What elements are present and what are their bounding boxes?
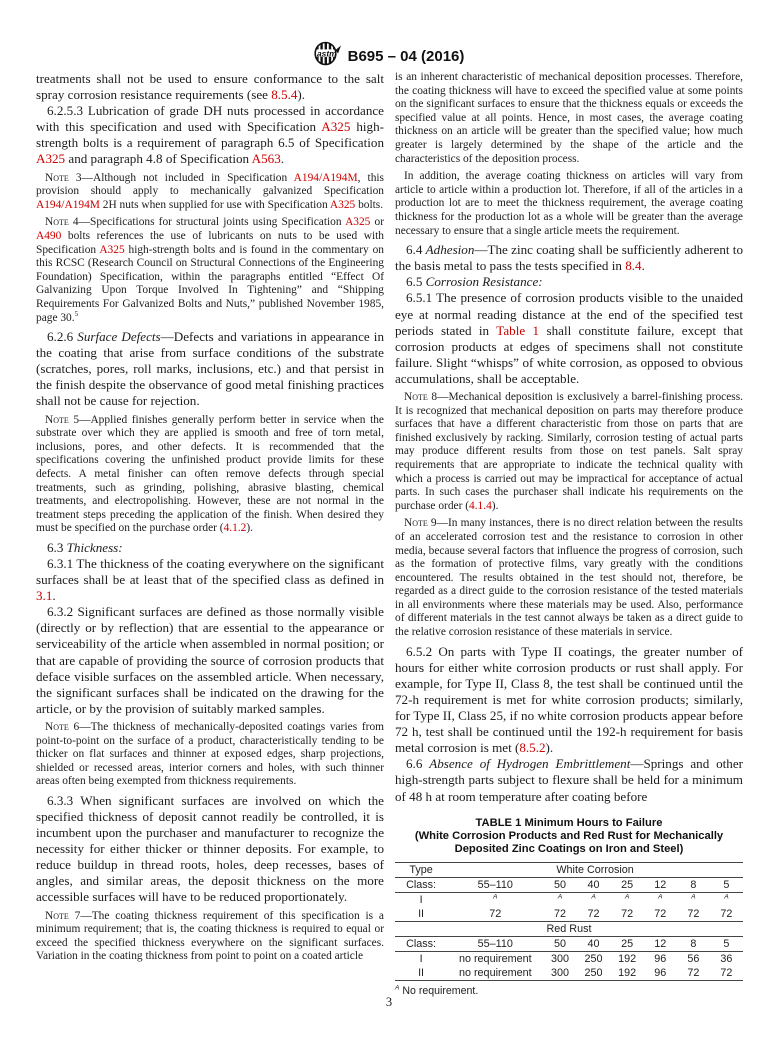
- text-run: Note: [45, 910, 69, 922]
- text-run: 6.3.1 The thickness of the coating every…: [36, 556, 384, 587]
- table-cell: 250: [577, 951, 611, 966]
- para-continuation: treatments shall not be used to ensure c…: [36, 71, 384, 103]
- reference-link[interactable]: A194/A194M: [294, 172, 358, 184]
- text-run: bolts.: [355, 199, 383, 211]
- document-code: B695 – 04 (2016): [348, 48, 465, 65]
- table-cell: 72: [677, 966, 710, 981]
- table-cell: 72: [710, 966, 743, 981]
- table-cell: 72: [543, 907, 576, 922]
- text-run: Note: [404, 517, 428, 529]
- text-run: Thickness:: [67, 540, 123, 555]
- text-run: Note: [404, 391, 428, 403]
- reference-link[interactable]: 8.5.2: [519, 740, 545, 755]
- table-cell: 72: [710, 907, 743, 922]
- reference-link[interactable]: A325: [36, 151, 65, 166]
- table-cell: I: [395, 892, 447, 907]
- note-8: Note 8—Mechanical deposition is exclusiv…: [395, 391, 743, 513]
- text-run: .: [52, 588, 55, 603]
- footnote-marker: A: [658, 893, 662, 900]
- table-cell: 8: [677, 936, 710, 951]
- table-cell: I: [395, 951, 447, 966]
- table-cell: II: [395, 966, 447, 981]
- text-run: Absence of Hydrogen Embrittlement: [429, 756, 630, 771]
- text-run: ).: [246, 522, 253, 534]
- table-cell: no requirement: [447, 951, 543, 966]
- note-4: Note 4—Specifications for structural joi…: [36, 216, 384, 325]
- reference-link[interactable]: A490: [36, 230, 61, 242]
- text-run: Note: [45, 172, 69, 184]
- text-run: 5: [75, 310, 79, 318]
- para-6-3-2: 6.3.2 Significant surfaces are defined a…: [36, 604, 384, 717]
- text-run: treatments shall not be used to ensure c…: [36, 71, 384, 102]
- table-cell: 12: [644, 877, 677, 892]
- table-cell: A: [611, 892, 644, 907]
- reference-link[interactable]: Table 1: [496, 323, 539, 338]
- para-6-2-6: 6.2.6 Surface Defects—Defects and variat…: [36, 329, 384, 409]
- document-header: astm B695 – 04 (2016): [0, 41, 778, 71]
- table-cell: 192: [611, 966, 644, 981]
- table-1-caption-line-2: (White Corrosion Products and Red Rust f…: [415, 830, 723, 842]
- table-cell: A: [677, 892, 710, 907]
- text-run: or: [370, 216, 384, 228]
- text-run: In addition, the average coating thickne…: [395, 170, 743, 236]
- footnote-marker: A: [558, 893, 562, 900]
- text-run: 4—Specifications for structural joints u…: [69, 216, 345, 228]
- text-run: Note: [45, 414, 69, 426]
- reference-link[interactable]: A325: [321, 119, 350, 134]
- table-cell: 25: [611, 936, 644, 951]
- para-6-5-2: 6.5.2 On parts with Type II coatings, th…: [395, 644, 743, 757]
- table-cell: 8: [677, 877, 710, 892]
- text-run: Corrosion Resistance:: [426, 274, 543, 289]
- para-6-5-1: 6.5.1 The presence of corrosion products…: [395, 290, 743, 387]
- table-1-caption-line-1: TABLE 1 Minimum Hours to Failure: [476, 817, 663, 829]
- text-run: Adhesion: [426, 242, 475, 257]
- table-cell: Class:: [395, 936, 447, 951]
- footnote-marker: A: [591, 893, 595, 900]
- reference-link[interactable]: A563: [252, 151, 281, 166]
- footnote-marker: A: [493, 893, 497, 900]
- text-run: Note: [45, 216, 69, 228]
- text-run: ).: [492, 500, 499, 512]
- table-cell: 96: [644, 951, 677, 966]
- para-6-3-3: 6.3.3 When significant surfaces are invo…: [36, 793, 384, 906]
- footnote-marker: A: [625, 893, 629, 900]
- table-cell: 12: [644, 936, 677, 951]
- text-run: Note: [45, 721, 69, 733]
- text-run: .: [281, 151, 284, 166]
- table-cell: 40: [577, 877, 611, 892]
- table-cell: A: [644, 892, 677, 907]
- table-cell: 36: [710, 951, 743, 966]
- page-footer: 3: [0, 995, 778, 1010]
- footnote-marker: A: [691, 893, 695, 900]
- table-cell: 55–110: [447, 877, 543, 892]
- para-6-3-1: 6.3.1 The thickness of the coating every…: [36, 556, 384, 604]
- text-run: 5—Applied finishes generally perform bet…: [36, 414, 384, 535]
- reference-link[interactable]: 3.1: [36, 588, 52, 603]
- table-cell: 5: [710, 877, 743, 892]
- text-run: is an inherent characteristic of mechani…: [395, 71, 743, 165]
- table-row: Red Rust: [395, 921, 743, 936]
- text-run: 6.5: [406, 274, 426, 289]
- table-cell: 192: [611, 951, 644, 966]
- table-cell: 72: [577, 907, 611, 922]
- table-row: I A A A A A A A: [395, 892, 743, 907]
- table-1-minimum-hours-to-failure: TABLE 1 Minimum Hours to Failure(White C…: [395, 817, 743, 997]
- table-cell: White Corrosion: [447, 862, 743, 877]
- reference-link[interactable]: A325: [345, 216, 370, 228]
- footnote-marker: A: [724, 893, 728, 900]
- para-6-4: 6.4 Adhesion—The zinc coating shall be s…: [395, 242, 743, 274]
- para-6-3: 6.3 Thickness:: [36, 540, 384, 556]
- text-run: 6.4: [406, 242, 426, 257]
- table-cell: 300: [543, 951, 576, 966]
- reference-link[interactable]: A325: [99, 244, 124, 256]
- table-cell: 50: [543, 936, 576, 951]
- document-page: astm B695 – 04 (2016) treatments shall n…: [0, 0, 778, 1041]
- note-6: Note 6—The thickness of mechanically-dep…: [36, 721, 384, 789]
- text-run: 6.3: [47, 540, 67, 555]
- table-cell: Red Rust: [395, 921, 743, 936]
- text-run: 9—In many instances, there is no direct …: [395, 517, 743, 638]
- table-row: Type White Corrosion: [395, 862, 743, 877]
- text-run: 6.6: [406, 756, 429, 771]
- text-run: 6.3.3 When significant surfaces are invo…: [36, 793, 384, 905]
- table-cell: 72: [677, 907, 710, 922]
- table-cell: II: [395, 907, 447, 922]
- table-cell: 300: [543, 966, 576, 981]
- text-run: 8—Mechanical deposition is exclusively a…: [395, 391, 743, 512]
- table-row: Class: 55–110 50 40 25 12 8 5: [395, 877, 743, 892]
- text-run: .: [642, 258, 645, 273]
- reference-link[interactable]: A194/A194M: [36, 199, 100, 211]
- text-run: 6.2.6: [47, 329, 77, 344]
- table-cell: 40: [577, 936, 611, 951]
- table-cell: Type: [395, 862, 447, 877]
- table-cell: Class:: [395, 877, 447, 892]
- table-cell: 55–110: [447, 936, 543, 951]
- left-column: treatments shall not be used to ensure c…: [36, 71, 384, 1007]
- table-cell: 72: [611, 907, 644, 922]
- text-run: 6.3.2 Significant surfaces are defined a…: [36, 604, 384, 716]
- astm-logo-icon: astm: [314, 41, 341, 71]
- table-cell: 56: [677, 951, 710, 966]
- para-6-2-5-3: 6.2.5.3 Lubrication of grade DH nuts pro…: [36, 103, 384, 167]
- table-cell: A: [577, 892, 611, 907]
- text-run: Surface Defects: [77, 329, 160, 344]
- table-row: II no requirement 300 250 192 96 72 72: [395, 966, 743, 981]
- table-cell: 25: [611, 877, 644, 892]
- svg-text:astm: astm: [317, 48, 337, 58]
- table-cell: A: [447, 892, 543, 907]
- text-run: 7—The coating thickness requirement of t…: [36, 910, 384, 963]
- note-5: Note 5—Applied finishes generally perfor…: [36, 414, 384, 536]
- para-6-6: 6.6 Absence of Hydrogen Embrittlement—Sp…: [395, 756, 743, 804]
- reference-link[interactable]: 4.1.2: [224, 522, 247, 534]
- table-row: Class: 55–110 50 40 25 12 8 5: [395, 936, 743, 951]
- para-6-5: 6.5 Corrosion Resistance:: [395, 274, 743, 290]
- table-cell: 5: [710, 936, 743, 951]
- note-7-continuation-2: In addition, the average coating thickne…: [395, 170, 743, 238]
- text-run: 3—Although not included in Specification: [69, 172, 294, 184]
- text-run: 6.5.2 On parts with Type II coatings, th…: [395, 644, 743, 756]
- reference-link[interactable]: 4.1.4: [469, 500, 492, 512]
- table-cell: 72: [644, 907, 677, 922]
- table-cell: 72: [447, 907, 543, 922]
- reference-link[interactable]: A325: [330, 199, 355, 211]
- note-3: Note 3—Although not included in Specific…: [36, 172, 384, 213]
- table-row: I no requirement 300 250 192 96 56 36: [395, 951, 743, 966]
- text-run: ).: [297, 87, 305, 102]
- table-cell: A: [710, 892, 743, 907]
- reference-link[interactable]: 8.5.4: [271, 87, 297, 102]
- note-7: Note 7—The coating thickness requirement…: [36, 910, 384, 964]
- table-cell: no requirement: [447, 966, 543, 981]
- table-cell: 96: [644, 966, 677, 981]
- right-column: is an inherent characteristic of mechani…: [395, 71, 743, 1007]
- table-cell: 250: [577, 966, 611, 981]
- table-1-caption-line-3: Deposited Zinc Coatings on Iron and Stee…: [455, 843, 684, 855]
- text-run: ).: [546, 740, 554, 755]
- text-run: 2H nuts when supplied for use with Speci…: [100, 199, 330, 211]
- table-1-caption: TABLE 1 Minimum Hours to Failure(White C…: [395, 817, 743, 857]
- table-cell: A: [543, 892, 576, 907]
- table-cell: 50: [543, 877, 576, 892]
- table-row: II 72 72 72 72 72 72 72: [395, 907, 743, 922]
- reference-link[interactable]: 8.4: [625, 258, 641, 273]
- text-run: 6—The thickness of mechanically-deposite…: [36, 721, 384, 787]
- page-content: treatments shall not be used to ensure c…: [36, 71, 744, 1007]
- page-number: 3: [386, 995, 392, 1009]
- note-9: Note 9—In many instances, there is no di…: [395, 517, 743, 639]
- text-run: and paragraph 4.8 of Specification: [65, 151, 252, 166]
- note-7-continuation: is an inherent characteristic of mechani…: [395, 71, 743, 166]
